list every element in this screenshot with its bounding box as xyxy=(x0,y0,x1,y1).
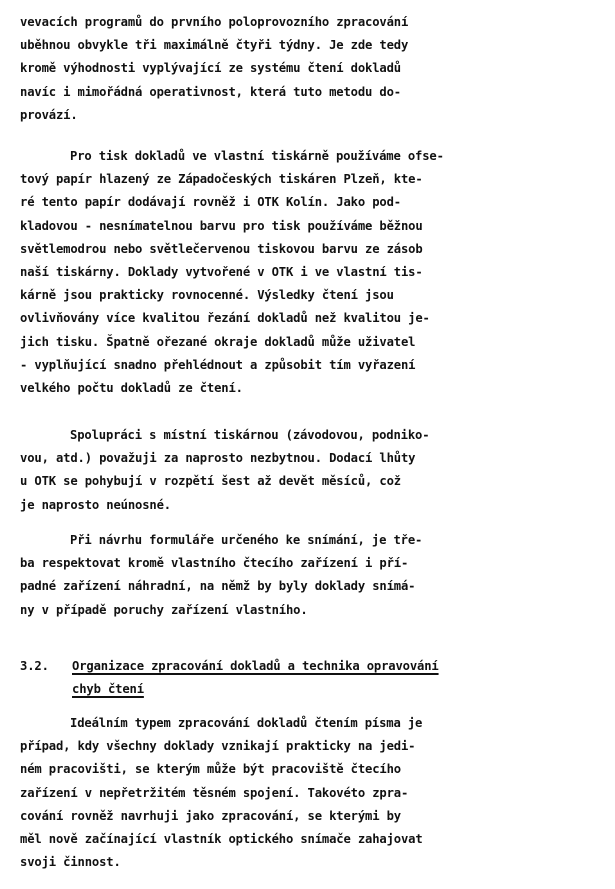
text-line: Ideálním typem zpracování dokladů čtením… xyxy=(20,712,600,735)
text-line: tový papír hlazený ze Západočeských tisk… xyxy=(20,168,600,191)
text-line: vou, atd.) považuji za naprosto nezbytno… xyxy=(20,447,600,470)
paragraph-printing-paper: Pro tisk dokladů ve vlastní tiskárně pou… xyxy=(20,145,600,400)
text-line: svoji činnost. xyxy=(20,851,600,874)
text-line: je naprosto neúnosné. xyxy=(20,494,600,517)
text-line: světlemodrou nebo světlečervenou tiskovo… xyxy=(20,238,600,261)
text-line: případ, kdy všechny doklady vznikají pra… xyxy=(20,735,600,758)
text-line: provází. xyxy=(20,104,600,127)
text-line: ném pracovišti, se kterým může být praco… xyxy=(20,758,600,781)
text-line: ré tento papír dodávají rovněž i OTK Kol… xyxy=(20,191,600,214)
paragraph-continuation: vevacích programů do prvního poloprovozn… xyxy=(20,11,600,127)
text-line: kromě výhodnosti vyplývající ze systému … xyxy=(20,57,600,80)
section-title-line: chyb čtení xyxy=(72,678,439,701)
text-line: - vyplňující snadno přehlédnout a způsob… xyxy=(20,354,600,377)
text-line: Spolupráci s místní tiskárnou (závodovou… xyxy=(20,424,600,447)
paragraph-cooperation: Spolupráci s místní tiskárnou (závodovou… xyxy=(20,424,600,517)
section-title: Organizace zpracování dokladů a technika… xyxy=(72,655,439,701)
text-line: Při návrhu formuláře určeného ke snímání… xyxy=(20,529,600,552)
text-line: vevacích programů do prvního poloprovozn… xyxy=(20,11,600,34)
typewritten-document-page: vevacích programů do prvního poloprovozn… xyxy=(0,0,615,889)
text-line: Pro tisk dokladů ve vlastní tiskárně pou… xyxy=(20,145,600,168)
paragraph-form-design: Při návrhu formuláře určeného ke snímání… xyxy=(20,529,600,622)
section-title-line: Organizace zpracování dokladů a technika… xyxy=(72,655,439,678)
text-line: naší tiskárny. Doklady vytvořené v OTK i… xyxy=(20,261,600,284)
section-number: 3.2. xyxy=(20,655,49,678)
text-line: jich tisku. Špatně ořezané okraje doklad… xyxy=(20,331,600,354)
text-line: velkého počtu dokladů ze čtení. xyxy=(20,377,600,400)
text-line: padné zařízení náhradní, na němž by byly… xyxy=(20,575,600,598)
text-line: zařízení v nepřetržitém těsném spojení. … xyxy=(20,782,600,805)
text-line: ny v případě poruchy zařízení vlastního. xyxy=(20,599,600,622)
text-line: u OTK se pohybují v rozpětí šest až devě… xyxy=(20,470,600,493)
text-line: ovlivňovány více kvalitou řezání dokladů… xyxy=(20,307,600,330)
text-line: navíc i mimořádná operativnost, která tu… xyxy=(20,81,600,104)
text-line: kárně jsou prakticky rovnocenné. Výsledk… xyxy=(20,284,600,307)
text-line: měl nově začínající vlastník optického s… xyxy=(20,828,600,851)
text-line: kladovou - nesnímatelnou barvu pro tisk … xyxy=(20,215,600,238)
paragraph-ideal-processing: Ideálním typem zpracování dokladů čtením… xyxy=(20,712,600,874)
text-line: ba respektovat kromě vlastního čtecího z… xyxy=(20,552,600,575)
text-line: uběhnou obvykle tři maximálně čtyři týdn… xyxy=(20,34,600,57)
text-line: cování rovněž navrhuji jako zpracování, … xyxy=(20,805,600,828)
